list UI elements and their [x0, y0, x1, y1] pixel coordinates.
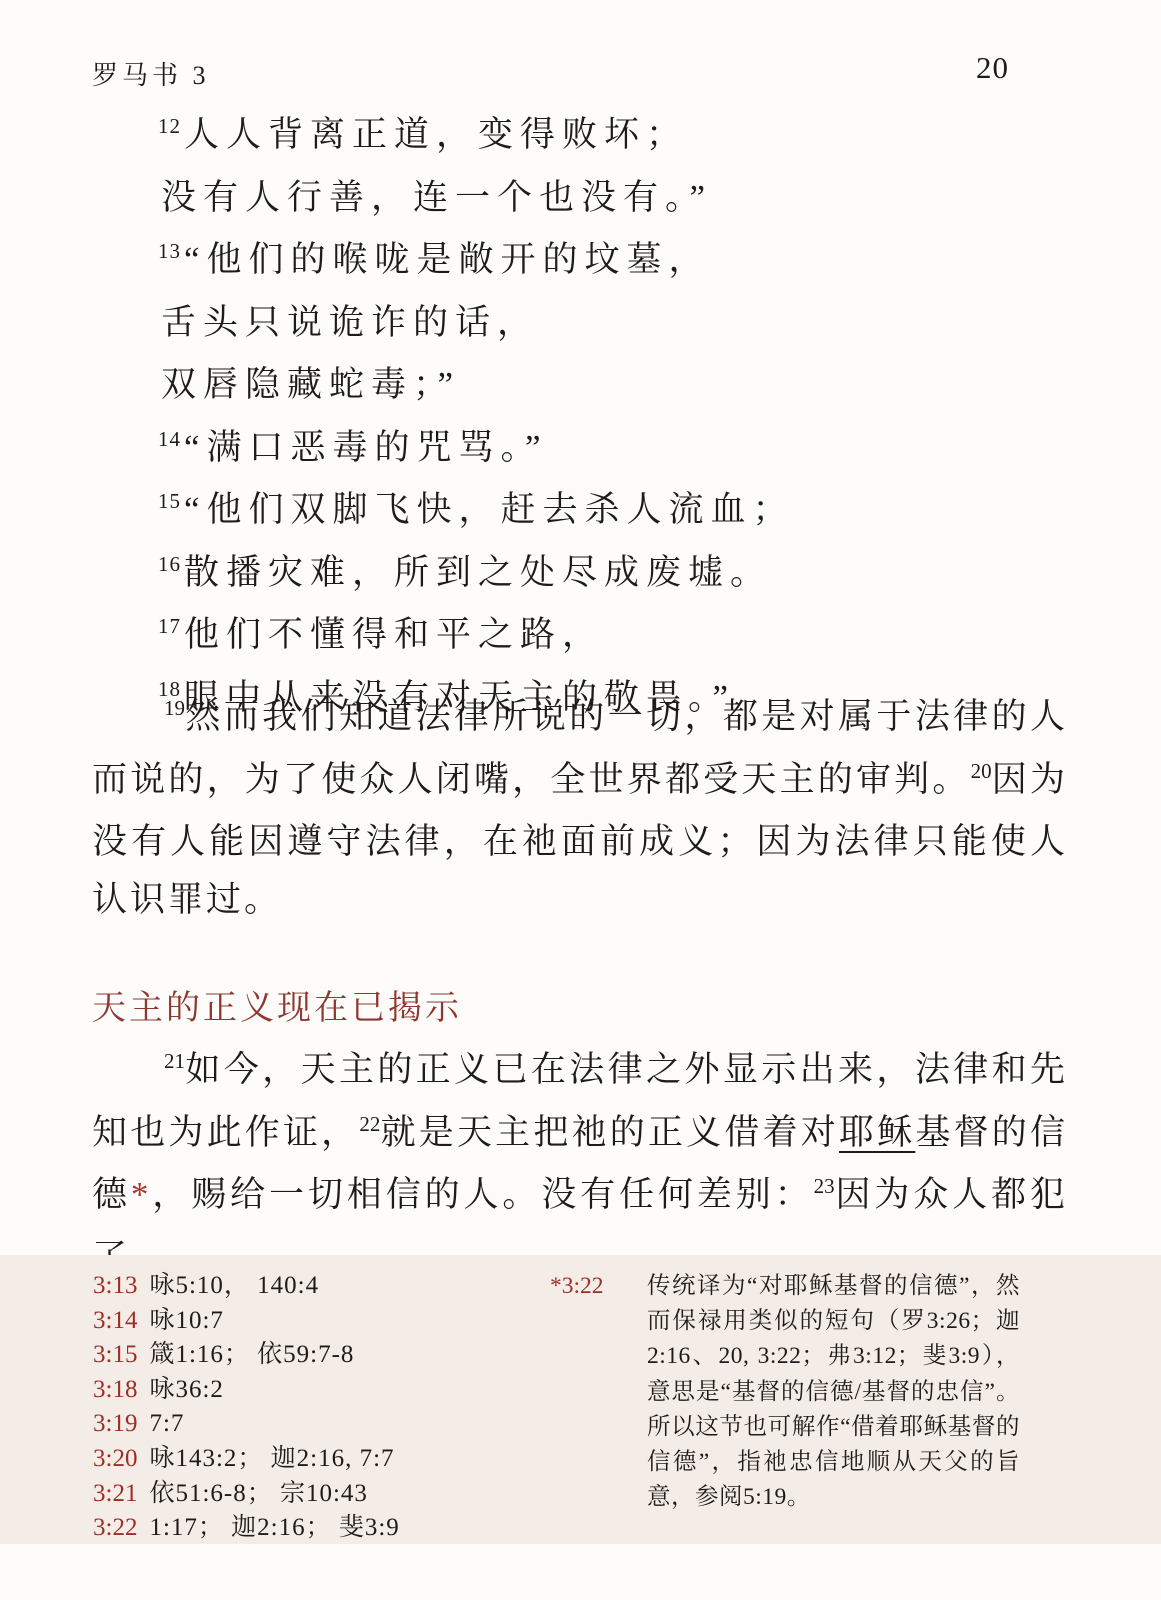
verse-line-13c: 双唇隐藏蛇毒；” — [158, 356, 795, 419]
verse-number: 20 — [971, 759, 992, 783]
proper-noun-underlined: 耶稣 — [839, 1113, 915, 1152]
footnote-asterisk: * — [131, 1175, 152, 1214]
verse-text: “满口恶毒的咒骂。” — [184, 428, 548, 467]
verse-number: 22 — [359, 1112, 380, 1136]
verse-line-15: 15“他们双脚飞快，赶去杀人流血； — [158, 481, 795, 544]
cross-reference-text: 咏10:7 — [149, 1307, 223, 1334]
paragraph-verses-21-23: 21如今，天主的正义已在法律之外显示出来，法律和先知也为此作证，22就是天主把祂… — [92, 1041, 1068, 1286]
verse-line-13a: 13“他们的喉咙是敞开的坟墓， — [158, 231, 795, 294]
cross-reference-verse: 3:15 — [93, 1341, 137, 1368]
verse-number: 21 — [164, 1049, 185, 1073]
cross-reference-verse: 3:18 — [93, 1376, 137, 1403]
verse-number: 23 — [814, 1174, 835, 1198]
cross-reference-row: 3:197:7 — [93, 1407, 400, 1442]
cross-reference-text: 箴1:16； 依59:7-8 — [149, 1341, 354, 1368]
study-note-text: 传统译为“对耶稣基督的信德”，然而保禄用类似的短句（罗3:26；迦2:16、20… — [550, 1269, 1020, 1515]
cross-reference-row: 3:18咏36:2 — [93, 1373, 400, 1408]
cross-reference-verse: 3:14 — [93, 1307, 137, 1334]
verse-line-12b: 没有人行善，连一个也没有。” — [158, 169, 795, 232]
verse-text: 舌头只说诡诈的话， — [161, 303, 539, 342]
scanned-bible-page: { "colors": { "page_background": "#fdfcf… — [0, 0, 1161, 1600]
verse-number: 13 — [158, 239, 181, 263]
study-note-column: *3:22 传统译为“对耶稣基督的信德”，然而保禄用类似的短句（罗3:26；迦2… — [550, 1269, 1020, 1515]
cross-reference-text: 咏5:10， 140:4 — [149, 1272, 319, 1299]
verse-number: 16 — [158, 552, 181, 576]
section-heading: 天主的正义现在已揭示 — [92, 980, 462, 1029]
body-text: 就是天主把祂的正义借着对 — [380, 1113, 839, 1152]
paragraph-verses-19-20: 19然而我们知道法律所说的一切，都是对属于法律的人而说的，为了使众人闭嘴，全世界… — [92, 688, 1068, 928]
cross-reference-text: 依51:6-8； 宗10:43 — [149, 1480, 367, 1507]
verse-line-13b: 舌头只说诡诈的话， — [158, 294, 795, 357]
cross-reference-text: 7:7 — [149, 1410, 184, 1437]
verse-text: “他们双脚飞快，赶去杀人流血； — [184, 490, 795, 529]
verse-number: 14 — [158, 427, 181, 451]
verse-text: 人人背离正道，变得败坏； — [184, 115, 688, 154]
verse-number: 19 — [164, 696, 185, 720]
verse-number: 15 — [158, 489, 181, 513]
cross-reference-verse: 3:21 — [93, 1480, 137, 1507]
footnotes-band: 3:13咏5:10， 140:4 3:14咏10:7 3:15箴1:16； 依5… — [0, 1255, 1161, 1544]
cross-reference-text: 1:17； 迦2:16； 斐3:9 — [149, 1514, 399, 1541]
cross-reference-row: 3:21依51:6-8； 宗10:43 — [93, 1477, 400, 1512]
verse-line-16: 16散播灾难，所到之处尽成废墟。 — [158, 544, 795, 607]
verse-line-12a: 12人人背离正道，变得败坏； — [158, 106, 795, 169]
cross-reference-verse: 3:19 — [93, 1410, 137, 1437]
cross-reference-row: 3:14咏10:7 — [93, 1304, 400, 1339]
cross-references-column: 3:13咏5:10， 140:4 3:14咏10:7 3:15箴1:16； 依5… — [93, 1269, 400, 1546]
cross-reference-text: 咏143:2； 迦2:16, 7:7 — [149, 1445, 394, 1472]
page-number: 20 — [976, 50, 1009, 86]
study-note-verse-ref: *3:22 — [550, 1269, 604, 1304]
cross-reference-row: 3:13咏5:10， 140:4 — [93, 1269, 400, 1304]
verse-text: “他们的喉咙是敞开的坟墓， — [184, 240, 711, 279]
cross-reference-row: 3:20咏143:2； 迦2:16, 7:7 — [93, 1442, 400, 1477]
verse-text: 没有人行善，连一个也没有。” — [161, 178, 712, 217]
verse-number: 12 — [158, 114, 181, 138]
body-text: 然而我们知道法律所说的一切，都是对属于法律的人而说的，为了使众人闭嘴，全世界都受… — [92, 697, 1068, 799]
cross-reference-text: 咏36:2 — [149, 1376, 223, 1403]
verse-line-17: 17他们不懂得和平之路， — [158, 606, 795, 669]
cross-reference-verse: 3:13 — [93, 1272, 137, 1299]
cross-reference-verse: 3:20 — [93, 1445, 137, 1472]
poetry-block: 12人人背离正道，变得败坏； 没有人行善，连一个也没有。” 13“他们的喉咙是敞… — [158, 106, 795, 731]
verse-text: 双唇隐藏蛇毒；” — [161, 365, 460, 404]
verse-text: 散播灾难，所到之处尽成废墟。 — [184, 553, 772, 592]
cross-reference-verse: 3:22 — [93, 1514, 137, 1541]
body-text: ，赐给一切相信的人。没有任何差别： — [151, 1175, 813, 1214]
verse-number: 17 — [158, 614, 181, 638]
verse-line-14: 14“满口恶毒的咒骂。” — [158, 419, 795, 482]
cross-reference-row: 3:221:17； 迦2:16； 斐3:9 — [93, 1511, 400, 1546]
verse-text: 他们不懂得和平之路， — [184, 615, 604, 654]
running-head-book-title: 罗马书 3 — [92, 55, 210, 92]
cross-reference-row: 3:15箴1:16； 依59:7-8 — [93, 1338, 400, 1373]
